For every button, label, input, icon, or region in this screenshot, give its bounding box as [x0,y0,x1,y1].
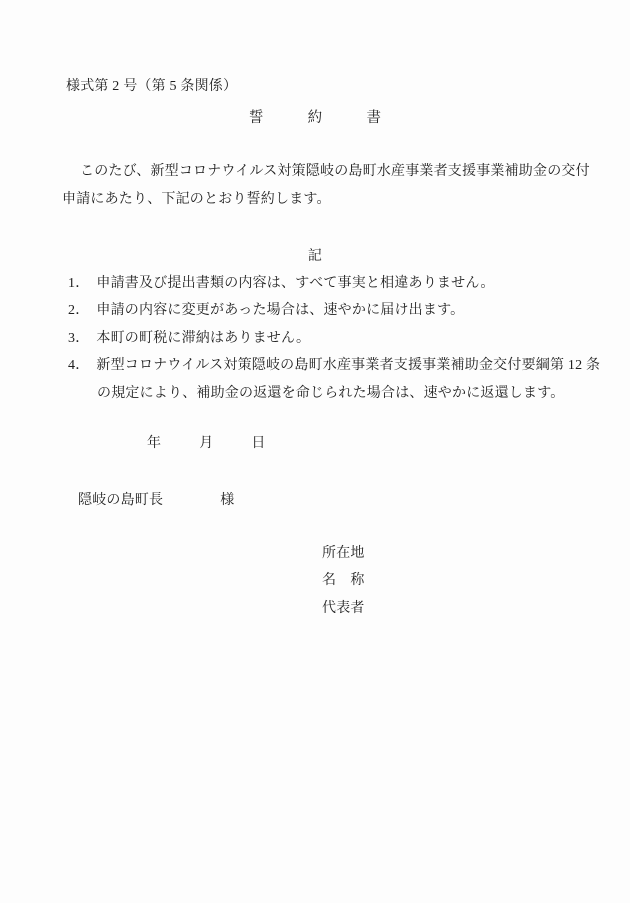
pledge-item-3-text: 本町の町税に滞納はありません。 [96,331,310,346]
form-number-label: 様式第 2 号（第 5 条関係） [66,79,237,95]
pledge-item-2: 2．申請の内容に変更があった場合は、速やかに届け出ます。 [68,303,464,319]
pledge-item-4-text-line-2: の規定により、補助金の返還を命じられた場合は、速やかに返還します。 [97,386,564,402]
document-title: 誓 約 書 [0,110,630,127]
document-page: 様式第 2 号（第 5 条関係） 誓 約 書 このたび、新型コロナウイルス対策隠… [0,0,630,903]
date-line: 年 月 日 [147,436,266,452]
pledge-item-3: 3．本町の町税に滞納はありません。 [68,331,310,347]
body-paragraph-line-1: このたび、新型コロナウイルス対策隠岐の島町水産事業者支援事業補助金の交付 [80,164,590,180]
signature-field-address-label: 所在地 [322,546,365,562]
year-label: 年 [147,436,161,452]
addressee-name: 隠岐の島町長 [78,493,163,509]
pledge-item-1: 1．申請書及び提出書類の内容は、すべて事実と相違ありません。 [68,276,495,292]
pledge-item-4: 4．新型コロナウイルス対策隠岐の島町水産事業者支援事業補助金交付要綱第 12 条 [68,358,600,374]
addressee-honorific: 様 [220,493,234,509]
pledge-item-2-number: 2． [68,303,89,318]
signature-field-representative-label: 代表者 [322,601,365,617]
day-label: 日 [251,436,265,452]
body-paragraph-line-2: 申請にあたり、下記のとおり誓約します。 [62,192,331,208]
signature-field-name-label: 名 称 [322,573,365,589]
addressee-line: 隠岐の島町長 様 [78,493,234,509]
pledge-item-4-text-line-1: 新型コロナウイルス対策隠岐の島町水産事業者支援事業補助金交付要綱第 12 条 [96,358,600,373]
section-marker: 記 [0,249,630,265]
pledge-item-1-text: 申請書及び提出書類の内容は、すべて事実と相違ありません。 [96,276,494,291]
pledge-item-4-number: 4． [68,358,89,373]
pledge-item-1-number: 1． [68,276,89,291]
month-label: 月 [199,436,213,452]
pledge-item-3-number: 3． [68,331,89,346]
pledge-item-2-text: 申請の内容に変更があった場合は、速やかに届け出ます。 [96,303,464,318]
